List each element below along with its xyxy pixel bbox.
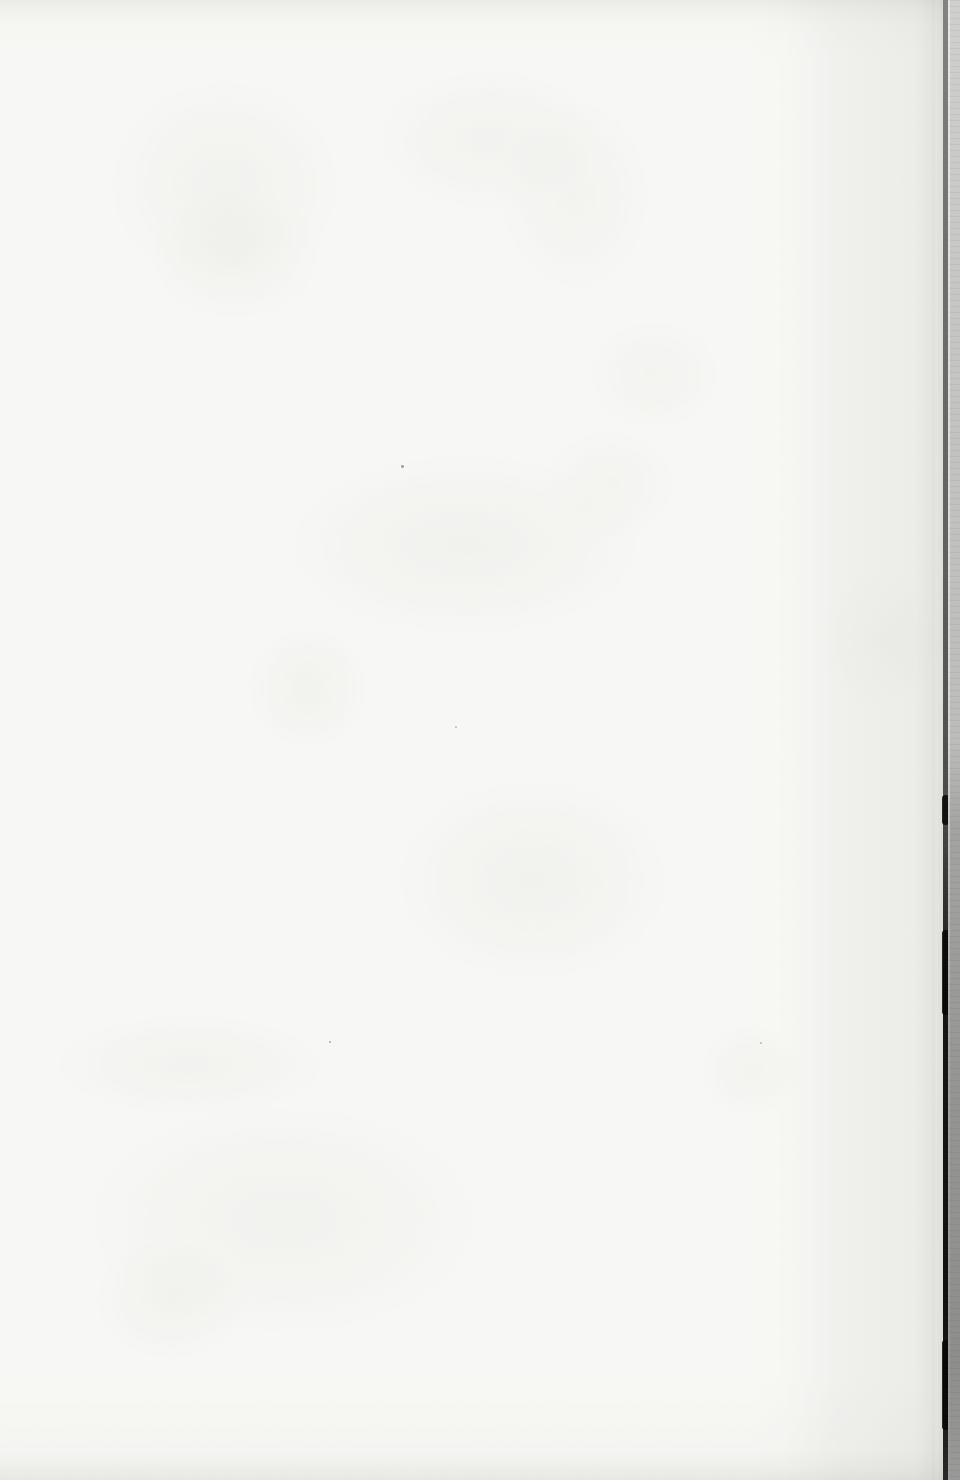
bottom-edge-shading (0, 1450, 960, 1480)
adjacent-pages-edge-strip (948, 0, 960, 1480)
gutter-tonal-band (785, 0, 935, 1480)
show-through-smudge (700, 1025, 800, 1115)
page-edge-preshadow (915, 0, 943, 1480)
show-through-smudge (500, 100, 650, 290)
scan-speck (329, 1041, 331, 1043)
page-edge-line (943, 0, 948, 1480)
show-through-smudge (820, 575, 950, 705)
scan-speck (455, 726, 457, 728)
scan-speck (401, 465, 404, 468)
show-through-smudge (545, 430, 675, 540)
page-edge-dark-knot (942, 1340, 949, 1430)
show-through-smudge (380, 70, 600, 210)
show-through-smudge (248, 628, 368, 748)
top-edge-shading (0, 0, 960, 26)
show-through-smudge (88, 1105, 478, 1335)
show-through-smudge (290, 455, 640, 635)
page-edge-dark-knot (942, 795, 949, 825)
show-through-smudge (110, 80, 340, 290)
scanned-blank-page (0, 0, 960, 1480)
show-through-smudge (55, 1015, 325, 1115)
show-through-smudge (398, 780, 668, 980)
scan-speck (760, 1042, 762, 1044)
edge-strip-highlight (948, 0, 950, 1480)
show-through-smudge (150, 190, 320, 320)
page-edge-dark-knot (942, 930, 949, 1015)
paper-tone-overlay (0, 0, 960, 1480)
show-through-smudge (590, 320, 720, 430)
paper-texture (0, 0, 960, 1480)
show-through-smudge (95, 1240, 245, 1360)
